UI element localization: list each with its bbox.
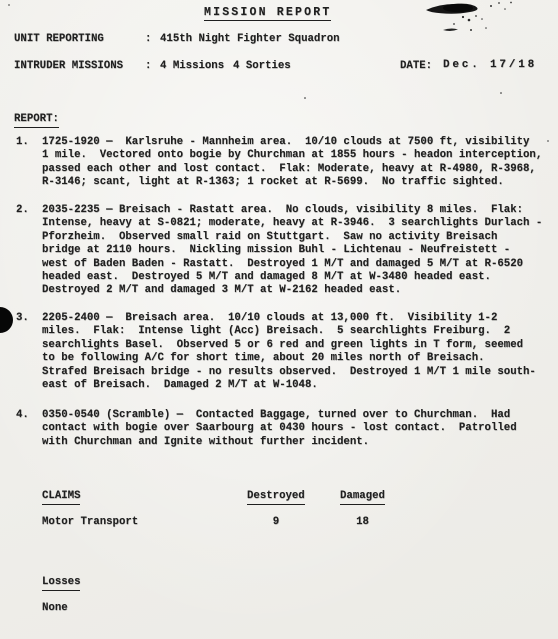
- paper-speck: [8, 4, 10, 6]
- paper-speck: [500, 92, 502, 94]
- missions-count: 4 Missions: [160, 60, 224, 73]
- hole-punch-mark: [0, 307, 13, 333]
- paper-speck: [304, 97, 306, 99]
- losses-heading: Losses: [42, 576, 80, 591]
- intruder-missions-label: INTRUDER MISSIONS: [14, 60, 123, 73]
- report-item-3: 3. 2205-2400 — Breisach area. 10/10 clou…: [16, 312, 556, 392]
- date-label: DATE:: [400, 60, 432, 73]
- unit-reporting-separator: :: [145, 33, 151, 46]
- report-item-text: 2035-2235 — Breisach - Rastatt area. No …: [42, 204, 556, 298]
- report-item-number: 1.: [16, 136, 42, 190]
- claims-row-damaged-value: 18: [340, 516, 385, 529]
- mission-report-document: MISSION REPORT UNIT REPORTING : 415th Ni…: [0, 0, 558, 639]
- report-item-number: 2.: [16, 204, 42, 298]
- claims-column-destroyed: Destroyed: [247, 490, 305, 505]
- report-item-2: 2. 2035-2235 — Breisach - Rastatt area. …: [16, 204, 556, 298]
- claims-column-damaged: Damaged: [340, 490, 385, 505]
- claims-row-destroyed-value: 9: [247, 516, 305, 529]
- date-value: Dec. 17/18: [443, 59, 537, 72]
- claims-row-category: Motor Transport: [42, 516, 138, 529]
- report-heading: REPORT:: [14, 113, 59, 128]
- report-item-text: 1725-1920 — Karlsruhe - Mannheim area. 1…: [42, 136, 556, 190]
- report-item-number: 4.: [16, 409, 42, 449]
- intruder-missions-separator: :: [145, 60, 151, 73]
- report-item-number: 3.: [16, 312, 42, 392]
- report-item-text: 0350-0540 (Scramble) — Contacted Baggage…: [42, 409, 556, 449]
- unit-reporting-value: 415th Night Fighter Squadron: [160, 33, 340, 46]
- claims-heading: CLAIMS: [42, 490, 80, 505]
- report-item-4: 4. 0350-0540 (Scramble) — Contacted Bagg…: [16, 409, 556, 449]
- report-item-text: 2205-2400 — Breisach area. 10/10 clouds …: [42, 312, 556, 392]
- ink-smudge-artifact: [413, 0, 543, 42]
- sorties-count: 4 Sorties: [233, 60, 291, 73]
- page-title: MISSION REPORT: [204, 6, 331, 21]
- unit-reporting-label: UNIT REPORTING: [14, 33, 104, 46]
- losses-value: None: [42, 602, 68, 615]
- report-item-1: 1. 1725-1920 — Karlsruhe - Mannheim area…: [16, 136, 556, 190]
